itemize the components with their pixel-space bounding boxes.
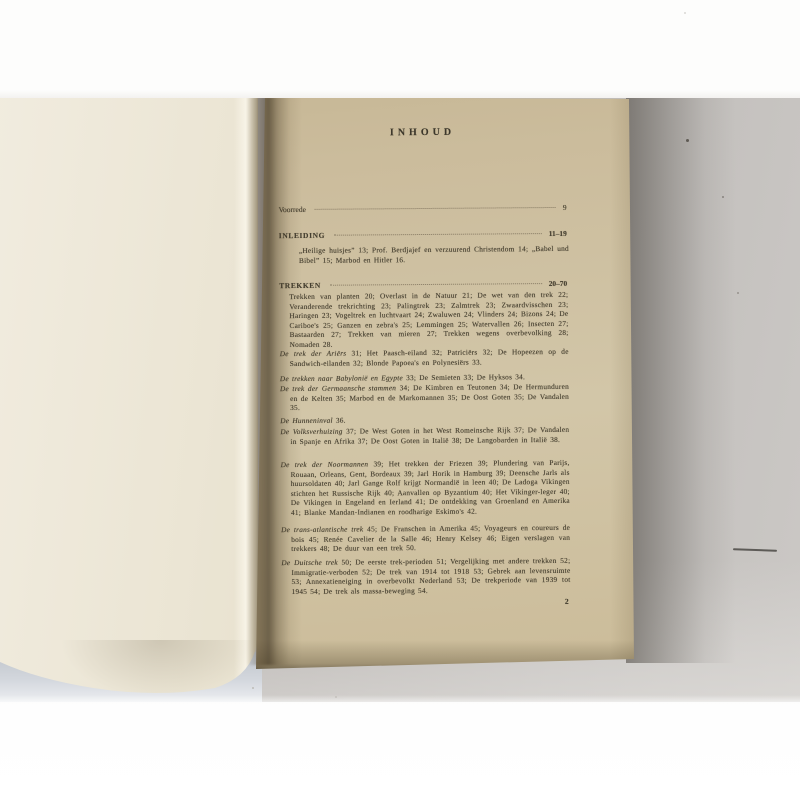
toc-paragraph: De trans-atlantische trek 45; De Fransch…	[281, 523, 570, 554]
paragraph-lead: De Volksverhuizing	[280, 427, 342, 436]
toc-paragraph: De trek der Noormannen 39; Het trekken d…	[281, 458, 570, 518]
toc-row-trekken: TREKKEN 20–70	[279, 279, 567, 291]
book-gutter-shadow	[247, 97, 289, 665]
paragraph-lead: De trekken naar Babylonië en Egypte	[280, 373, 403, 383]
toc-paragraph: De Volksverhuizing 37; De West Goten in …	[280, 425, 569, 446]
paragraph-text: 33; De Semieten 33; De Hyksos 34.	[403, 372, 525, 382]
leader-dots	[315, 207, 556, 210]
leader-dots	[334, 233, 542, 236]
paragraph-lead: De trek der Germaansche stammen	[280, 383, 396, 393]
dust-speck	[335, 696, 337, 698]
paragraph-lead: De Duitsche trek	[281, 558, 338, 567]
toc-row-voorrede: Voorrede 9	[279, 203, 567, 215]
paragraph-lead: De trek der Noormannen	[281, 459, 369, 469]
background-top-band	[0, 0, 800, 98]
paragraph-lead: De trek der Ariërs	[280, 349, 347, 359]
toc-paragraph: De Hunneninval 36.	[280, 414, 569, 426]
toc-paragraph: De Duitsche trek 50; De eerste trek-peri…	[281, 556, 570, 597]
paragraph-text: 36.	[333, 416, 346, 425]
toc-page-ref: 9	[563, 203, 567, 213]
toc-paragraph: Trekken van planten 20; Overlast in de N…	[279, 290, 568, 350]
dust-speck	[737, 292, 739, 294]
paragraph-lead: De trans-atlantische trek	[281, 524, 363, 534]
toc-paragraph: De trek der Ariërs 31; Het Paasch-eiland…	[280, 347, 569, 368]
paragraph-text: Trekken van planten 20; Overlast in de N…	[289, 290, 568, 349]
page-title: INHOUD	[278, 126, 567, 139]
dust-speck	[686, 139, 689, 142]
page-number: 2	[282, 597, 569, 608]
leader-dots	[330, 283, 542, 286]
dust-speck	[252, 687, 254, 689]
toc-paragraph-inleiding-detail: „Heilige huisjes” 13; Prof. Berdjajef en…	[289, 244, 569, 265]
toc-page-ref: 11–19	[549, 229, 567, 239]
toc-page-ref: 20–70	[549, 279, 568, 289]
book-open-photo: INHOUD Voorrede 9 INLEIDING 11–19 „Heili…	[0, 0, 800, 800]
background-bottom-band	[0, 695, 800, 800]
book-cast-shadow	[626, 97, 736, 663]
dust-speck	[722, 196, 724, 198]
toc-row-inleiding: INLEIDING 11–19	[279, 229, 567, 241]
toc-paragraph: De trek der Germaansche stammen 34; De K…	[280, 382, 569, 413]
dust-speck	[684, 12, 686, 14]
